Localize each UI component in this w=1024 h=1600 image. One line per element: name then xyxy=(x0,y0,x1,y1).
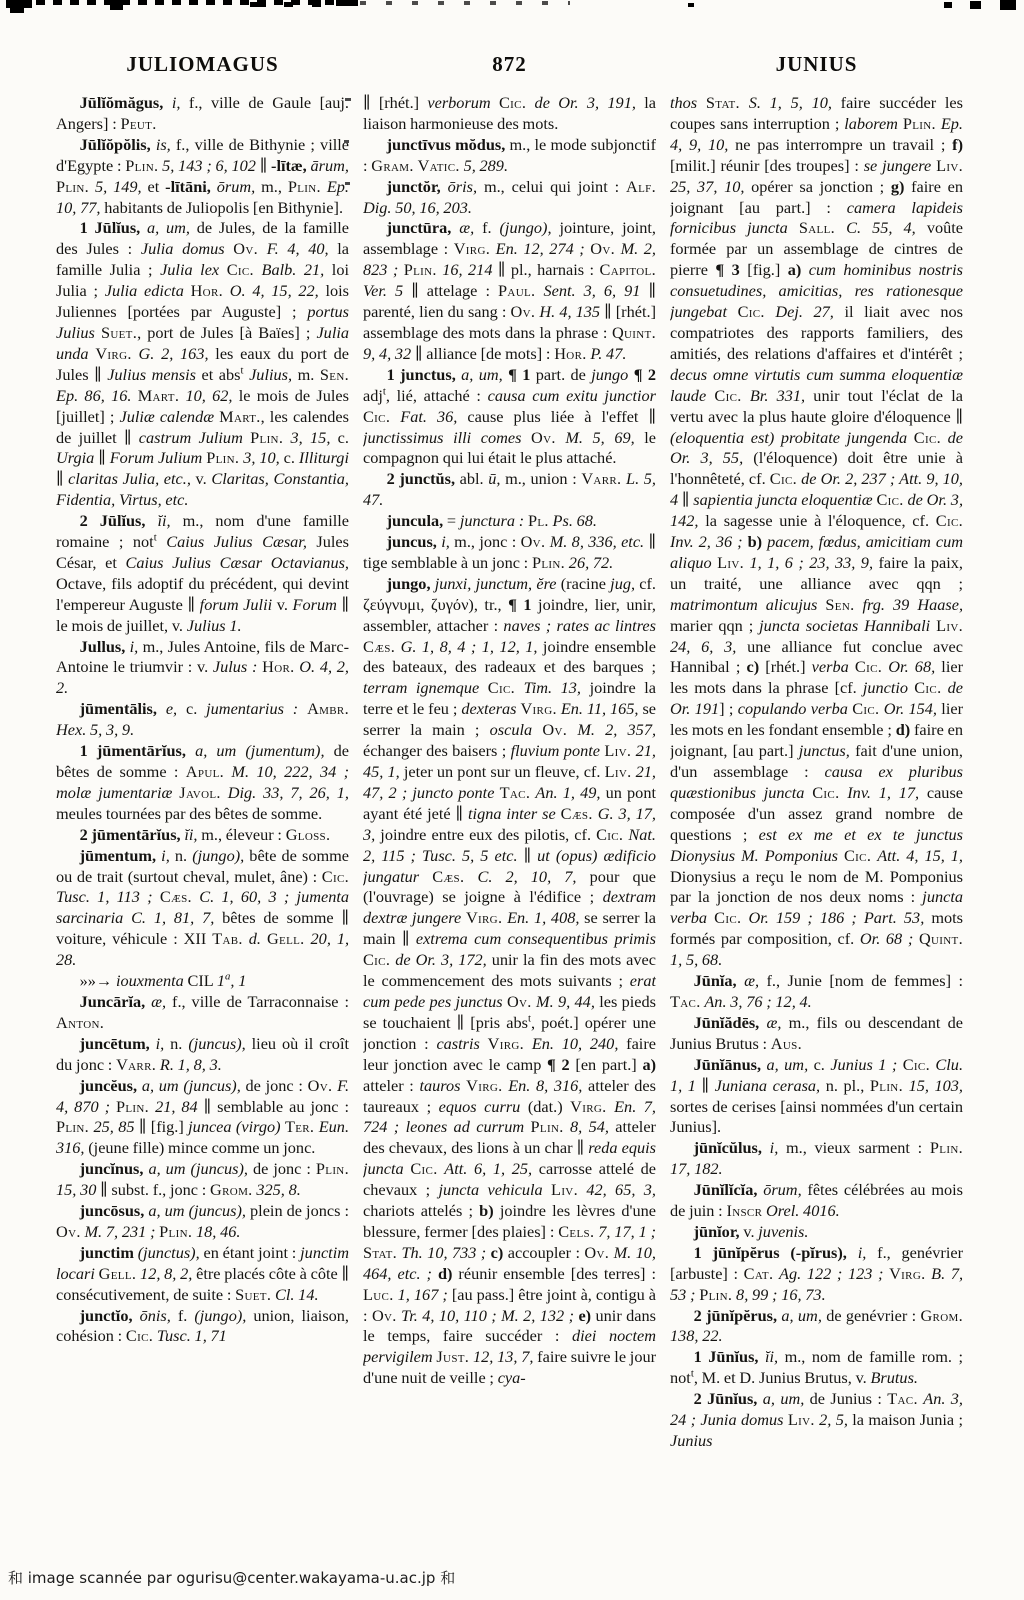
dictionary-entry: jūnĭor, v. juvenis. xyxy=(670,1222,963,1243)
dictionary-entry: Jūnĭānus, a, um, c. Junius 1 ; Cic. Clu.… xyxy=(670,1055,963,1139)
dictionary-entry: 1 Jūlĭus, a, um, de Jules, de la famille… xyxy=(56,218,349,511)
dictionary-entry: Jūlĭŏmăgus, i, f., ville de Gaule [auj. … xyxy=(56,93,349,135)
scan-artifact xyxy=(344,140,349,143)
scan-artifact xyxy=(970,1,981,9)
dictionary-entry: Jūnĭlĭcĭa, ōrum, fêtes célébrées au mois… xyxy=(670,1180,963,1222)
dictionary-entry: jūmentum, i, n. (jungo), bête de somme o… xyxy=(56,846,349,971)
scanned-dictionary-page: JULIOMAGUS 872 JUNIUS Jūlĭŏmăgus, i, f.,… xyxy=(0,0,1024,1600)
dictionary-entry: Juncārĭa, æ, f., ville de Tarraconnaise … xyxy=(56,992,349,1034)
dictionary-entry: juncula, = junctura : Pl. Ps. 68. xyxy=(363,511,656,532)
dictionary-entry: Jullus, i, m., Jules Antoine, fils de Ma… xyxy=(56,637,349,700)
dictionary-entry: 1 Jūnĭus, ĭi, m., nom de famille rom. ; … xyxy=(670,1347,963,1389)
scan-artifact xyxy=(6,0,32,8)
dictionary-entry: juncōsus, a, um (juncus), plein de joncs… xyxy=(56,1201,349,1243)
dictionary-entry: 1 jūmentārĭus, a, um (jumentum), de bête… xyxy=(56,741,349,825)
dictionary-entry: jungo, junxi, junctum, ĕre (racine jug, … xyxy=(363,574,656,1389)
dictionary-entry: junctim (junctus), en étant joint : junc… xyxy=(56,1243,349,1306)
dictionary-entry: 2 Jūlĭus, ĭi, m., nom d'une famille roma… xyxy=(56,511,349,636)
scan-artifact xyxy=(345,98,351,101)
header-keyword-left: JULIOMAGUS xyxy=(56,52,349,77)
text-columns: Jūlĭŏmăgus, i, f., ville de Gaule [auj. … xyxy=(56,93,963,1555)
scan-artifact xyxy=(250,2,266,7)
dictionary-entry: juncĕus, a, um (juncus), de jonc : Ov. F… xyxy=(56,1076,349,1160)
dictionary-entry: jūnĭcŭlus, i, m., vieux sarment : Plin. … xyxy=(670,1138,963,1180)
dictionary-entry: 2 Jūnĭus, a, um, de Junius : Tac. An. 3,… xyxy=(670,1389,963,1452)
scan-artifact xyxy=(36,0,356,5)
dictionary-entry: 1 jūnĭpĕrus (-pĭrus), i, f., genévrier [… xyxy=(670,1243,963,1306)
dictionary-entry: juncus, i, m., jonc : Ov. M. 8, 336, etc… xyxy=(363,532,656,574)
dictionary-entry: ∥ [rhét.] verborum Cic. de Or. 3, 191, l… xyxy=(363,93,656,135)
dictionary-entry: »»→ iouxmenta CIL 1a, 1 xyxy=(56,971,349,992)
dictionary-entry: thos Stat. S. 1, 5, 10, faire succéder l… xyxy=(670,93,963,971)
dictionary-entry: jūmentālis, e, c. jumentarius : Ambr. He… xyxy=(56,699,349,741)
dictionary-entry: junctŏr, ōris, m., celui qui joint : Alf… xyxy=(363,177,656,219)
dictionary-entry: 2 junctŭs, abl. ū, m., union : Varr. L. … xyxy=(363,469,656,511)
scan-artifact xyxy=(688,3,694,7)
column-1: Jūlĭŏmăgus, i, f., ville de Gaule [auj. … xyxy=(56,93,349,1555)
scan-credit-footer: 和 image scannée par ogurisu@center.wakay… xyxy=(8,1567,455,1588)
scan-artifact xyxy=(110,0,123,10)
dictionary-entry: junctūra, æ, f. (jungo), jointure, joint… xyxy=(363,218,656,364)
scan-artifact xyxy=(10,8,24,13)
dictionary-entry: Jūnĭa, æ, f., Junie [nom de femmes] : Ta… xyxy=(670,971,963,1013)
scan-artifact xyxy=(345,182,350,185)
dictionary-entry: junctĭo, ōnis, f. (jungo), union, liaiso… xyxy=(56,1306,349,1348)
scan-artifact xyxy=(1000,0,1016,10)
dictionary-entry: juncētum, i, n. (juncus), lieu où il cro… xyxy=(56,1034,349,1076)
scan-artifact xyxy=(944,2,952,8)
scan-artifact xyxy=(336,0,358,6)
page-number: 872 xyxy=(363,52,656,77)
scan-artifact xyxy=(312,0,321,7)
dictionary-entry: 2 jūnĭpĕrus, a, um, de genévrier : Grom.… xyxy=(670,1306,963,1348)
scan-artifact xyxy=(360,1,570,5)
dictionary-entry: Jūnĭădēs, æ, m., fils ou descendant de J… xyxy=(670,1013,963,1055)
dictionary-entry: junctīvus mŏdus, m., le mode subjonctif … xyxy=(363,135,656,177)
dictionary-entry: 1 junctus, a, um, ¶ 1 part. de jungo ¶ 2… xyxy=(363,365,656,470)
header-keyword-right: JUNIUS xyxy=(670,52,963,77)
scan-artifact xyxy=(284,2,293,7)
page-header: JULIOMAGUS 872 JUNIUS xyxy=(56,52,963,77)
column-2: ∥ [rhét.] verborum Cic. de Or. 3, 191, l… xyxy=(363,93,656,1555)
dictionary-entry: juncĭnus, a, um (juncus), de jonc : Plin… xyxy=(56,1159,349,1201)
dictionary-entry: 2 jūmentārĭus, ĭi, m., éleveur : Gloss. xyxy=(56,825,349,846)
column-3: thos Stat. S. 1, 5, 10, faire succéder l… xyxy=(670,93,963,1555)
dictionary-entry: Jūlĭŏpŏlis, is, f., ville de Bithynie ; … xyxy=(56,135,349,219)
